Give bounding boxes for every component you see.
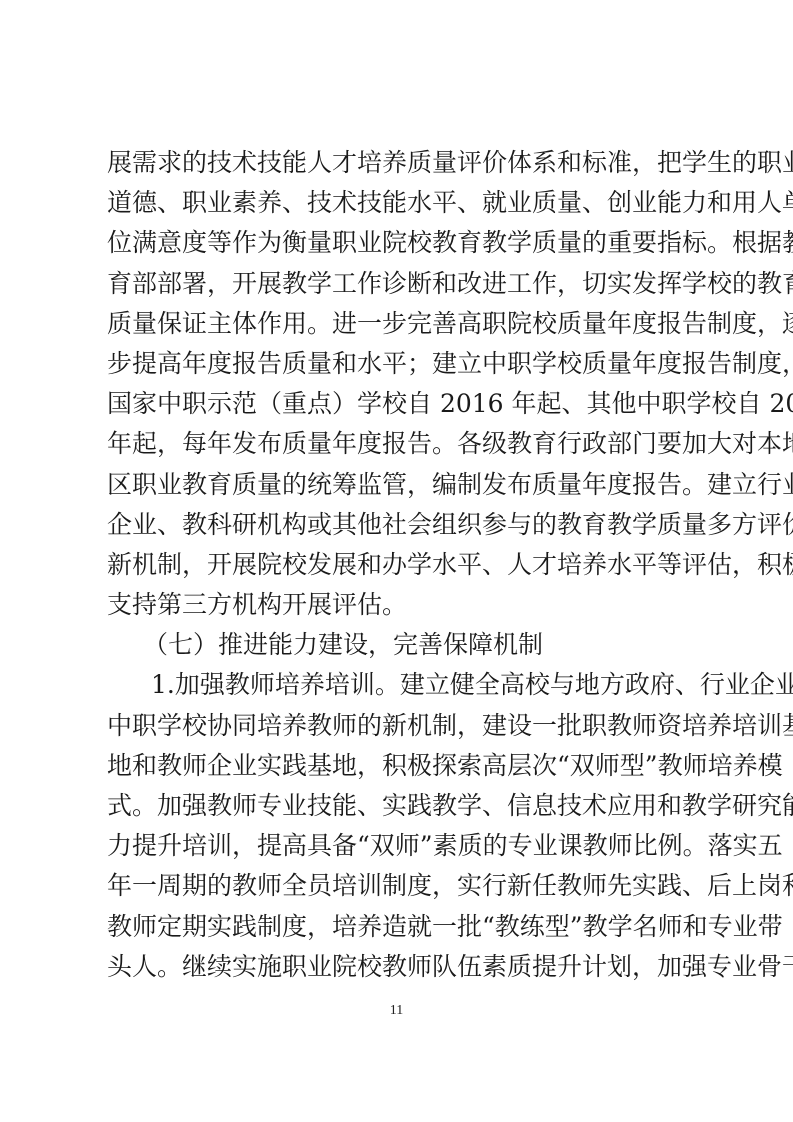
paragraph-line: 育部部署，开展教学工作诊断和改进工作，切实发挥学校的教育 bbox=[107, 264, 693, 304]
paragraph-line: 国家中职示范（重点）学校自 2016 年起、其他中职学校自 2017 bbox=[107, 384, 693, 424]
paragraph-line: 头人。继续实施职业院校教师队伍素质提升计划，加强专业骨干 bbox=[107, 947, 693, 987]
paragraph-line: 质量保证主体作用。进一步完善高职院校质量年度报告制度，逐 bbox=[107, 304, 693, 344]
paragraph-line: 力提升培训，提高具备“双师”素质的专业课教师比例。落实五 bbox=[107, 826, 693, 866]
page-number: 11 bbox=[0, 1003, 793, 1019]
paragraph-line: 位满意度等作为衡量职业院校教育教学质量的重要指标。根据教 bbox=[107, 223, 693, 263]
paragraph-line: 步提高年度报告质量和水平；建立中职学校质量年度报告制度， bbox=[107, 344, 693, 384]
paragraph-line: 年一周期的教师全员培训制度，实行新任教师先实践、后上岗和 bbox=[107, 866, 693, 906]
paragraph-line: 中职学校协同培养教师的新机制，建设一批职教师资培养培训基 bbox=[107, 706, 693, 746]
document-page: 展需求的技术技能人才培养质量评价体系和标准，把学生的职业 道德、职业素养、技术技… bbox=[0, 0, 793, 1122]
paragraph-line: 区职业教育质量的统筹监管，编制发布质量年度报告。建立行业、 bbox=[107, 465, 693, 505]
paragraph-line: 企业、教科研机构或其他社会组织参与的教育教学质量多方评价 bbox=[107, 505, 693, 545]
paragraph-line: 道德、职业素养、技术技能水平、就业质量、创业能力和用人单 bbox=[107, 183, 693, 223]
paragraph-line: 新机制，开展院校发展和办学水平、人才培养水平等评估，积极 bbox=[107, 545, 693, 585]
paragraph-line: 1.加强教师培养培训。建立健全高校与地方政府、行业企业、 bbox=[107, 665, 693, 705]
paragraph-line: 展需求的技术技能人才培养质量评价体系和标准，把学生的职业 bbox=[107, 143, 693, 183]
section-heading: （七）推进能力建设，完善保障机制 bbox=[107, 625, 693, 665]
paragraph-line: 教师定期实践制度，培养造就一批“教练型”教学名师和专业带 bbox=[107, 907, 693, 947]
paragraph-line: 支持第三方机构开展评估。 bbox=[107, 585, 693, 625]
paragraph-line: 年起，每年发布质量年度报告。各级教育行政部门要加大对本地 bbox=[107, 424, 693, 464]
body-text: 展需求的技术技能人才培养质量评价体系和标准，把学生的职业 道德、职业素养、技术技… bbox=[107, 143, 693, 987]
paragraph-line: 地和教师企业实践基地，积极探索高层次“双师型”教师培养模 bbox=[107, 746, 693, 786]
paragraph-line: 式。加强教师专业技能、实践教学、信息技术应用和教学研究能 bbox=[107, 786, 693, 826]
